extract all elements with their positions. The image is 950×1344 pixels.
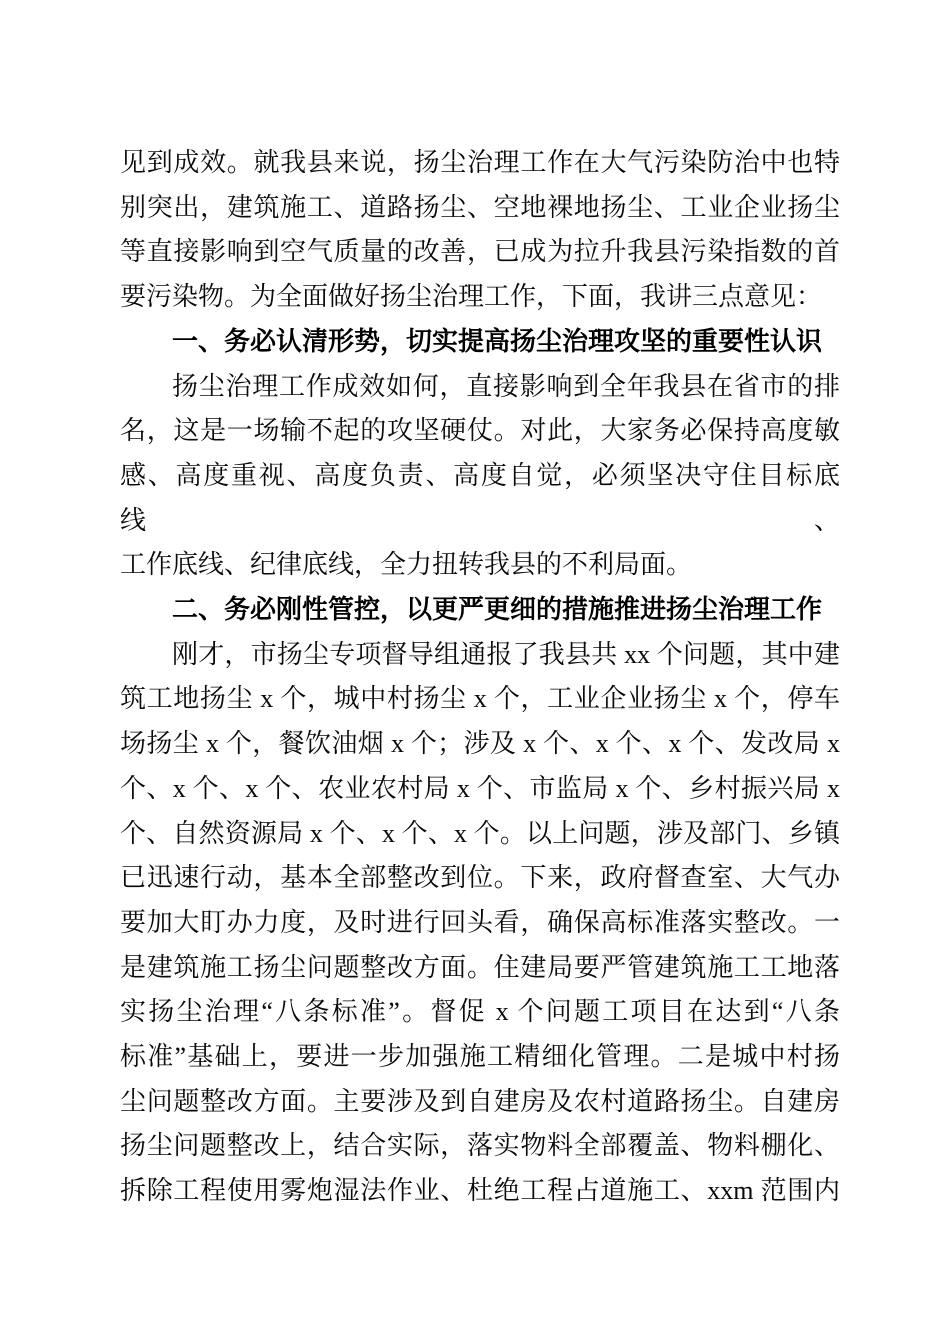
body-text-line: 等直接影响到空气质量的改善，已成为拉升我县污染指数的首	[120, 230, 840, 275]
body-text-line: 个、自然资源局 x 个、x 个、x 个。以上问题，涉及部门、乡镇	[120, 812, 840, 857]
body-text-line: 场扬尘 x 个，餐饮油烟 x 个；涉及 x 个、x 个、x 个、发改局 x	[120, 722, 840, 767]
body-text-line: 感、高度重视、高度负责、高度自觉，必须坚决守住目标底线、	[120, 454, 840, 543]
body-text-line: 要污染物。为全面做好扬尘治理工作，下面，我讲三点意见：	[120, 275, 840, 320]
body-text-line: 见到成效。就我县来说，扬尘治理工作在大气污染防治中也特	[120, 141, 840, 186]
body-text-line: 标准”基础上，要进一步加强施工精细化管理。二是城中村扬	[120, 1035, 840, 1080]
body-text-line: 尘问题整改方面。主要涉及到自建房及农村道路扬尘。自建房	[120, 1080, 840, 1125]
body-text-line: 个、x 个、x 个、农业农村局 x 个、市监局 x 个、乡村振兴局 x	[120, 767, 840, 812]
heading-line: 二、务必刚性管控，以更严更细的措施推进扬尘治理工作	[120, 588, 840, 633]
heading-line: 一、务必认清形势，切实提高扬尘治理攻坚的重要性认识	[120, 320, 840, 365]
body-text-line: 名，这是一场输不起的攻坚硬仗。对此，大家务必保持高度敏	[120, 409, 840, 454]
body-text-line: 已迅速行动，基本全部整改到位。下来，政府督查室、大气办	[120, 856, 840, 901]
document-text-block: 见到成效。就我县来说，扬尘治理工作在大气污染防治中也特别突出，建筑施工、道路扬尘…	[120, 141, 840, 1214]
body-text-line: 要加大盯办力度，及时进行回头看，确保高标准落实整改。一	[120, 901, 840, 946]
body-text-line: 筑工地扬尘 x 个，城中村扬尘 x 个，工业企业扬尘 x 个，停车	[120, 677, 840, 722]
body-text-line: 刚才，市扬尘专项督导组通报了我县共 xx 个问题，其中建	[120, 633, 840, 678]
body-text-line: 工作底线、纪律底线，全力扭转我县的不利局面。	[120, 543, 840, 588]
body-text-line: 扬尘治理工作成效如何，直接影响到全年我县在省市的排	[120, 365, 840, 410]
body-text-line: 扬尘问题整改上，结合实际，落实物料全部覆盖、物料棚化、	[120, 1124, 840, 1169]
document-page: 见到成效。就我县来说，扬尘治理工作在大气污染防治中也特别突出，建筑施工、道路扬尘…	[0, 0, 950, 1344]
body-text-line: 实扬尘治理“八条标准”。督促 x 个问题工项目在达到“八条	[120, 990, 840, 1035]
body-text-line: 别突出，建筑施工、道路扬尘、空地裸地扬尘、工业企业扬尘	[120, 186, 840, 231]
body-text-line: 是建筑施工扬尘问题整改方面。住建局要严管建筑施工工地落	[120, 946, 840, 991]
body-text-line: 拆除工程使用雾炮湿法作业、杜绝工程占道施工、xxm 范围内	[120, 1169, 840, 1214]
